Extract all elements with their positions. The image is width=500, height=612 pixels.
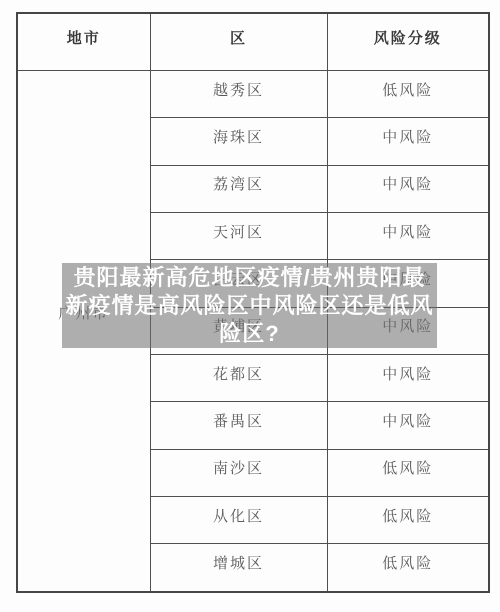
caption-line: 贵阳最新高危地区疫情/贵州贵阳最 bbox=[73, 264, 425, 292]
risk-cell: 中风险 bbox=[327, 402, 489, 449]
page: 地市 区 风险分级 广州市 越秀区 低风险 海珠区 中风险 荔湾区 中风险 天河… bbox=[0, 0, 500, 612]
district-cell: 天河区 bbox=[150, 212, 327, 259]
header-city: 地市 bbox=[17, 13, 150, 71]
header-district: 区 bbox=[150, 13, 327, 71]
risk-cell: 中风险 bbox=[327, 354, 489, 401]
district-cell: 越秀区 bbox=[150, 71, 327, 118]
risk-cell: 低风险 bbox=[327, 496, 489, 543]
risk-cell: 低风险 bbox=[327, 71, 489, 118]
district-cell: 增城区 bbox=[150, 544, 327, 592]
table-header-row: 地市 区 风险分级 bbox=[17, 13, 489, 71]
risk-cell: 中风险 bbox=[327, 212, 489, 259]
caption-line: 新疫情是高风险区中风险区还是低风 bbox=[65, 292, 433, 320]
caption-line: 险区? bbox=[219, 320, 279, 348]
risk-cell: 中风险 bbox=[327, 165, 489, 212]
district-cell: 海珠区 bbox=[150, 118, 327, 165]
district-cell: 从化区 bbox=[150, 496, 327, 543]
table-row: 广州市 越秀区 低风险 bbox=[17, 71, 489, 118]
district-cell: 花都区 bbox=[150, 354, 327, 401]
risk-cell: 低风险 bbox=[327, 449, 489, 496]
header-risk: 风险分级 bbox=[327, 13, 489, 71]
district-cell: 南沙区 bbox=[150, 449, 327, 496]
risk-cell: 中风险 bbox=[327, 118, 489, 165]
risk-cell: 低风险 bbox=[327, 544, 489, 592]
caption-overlay: 贵阳最新高危地区疫情/贵州贵阳最 新疫情是高风险区中风险区还是低风 险区? bbox=[62, 263, 437, 348]
district-cell: 番禺区 bbox=[150, 402, 327, 449]
district-cell: 荔湾区 bbox=[150, 165, 327, 212]
